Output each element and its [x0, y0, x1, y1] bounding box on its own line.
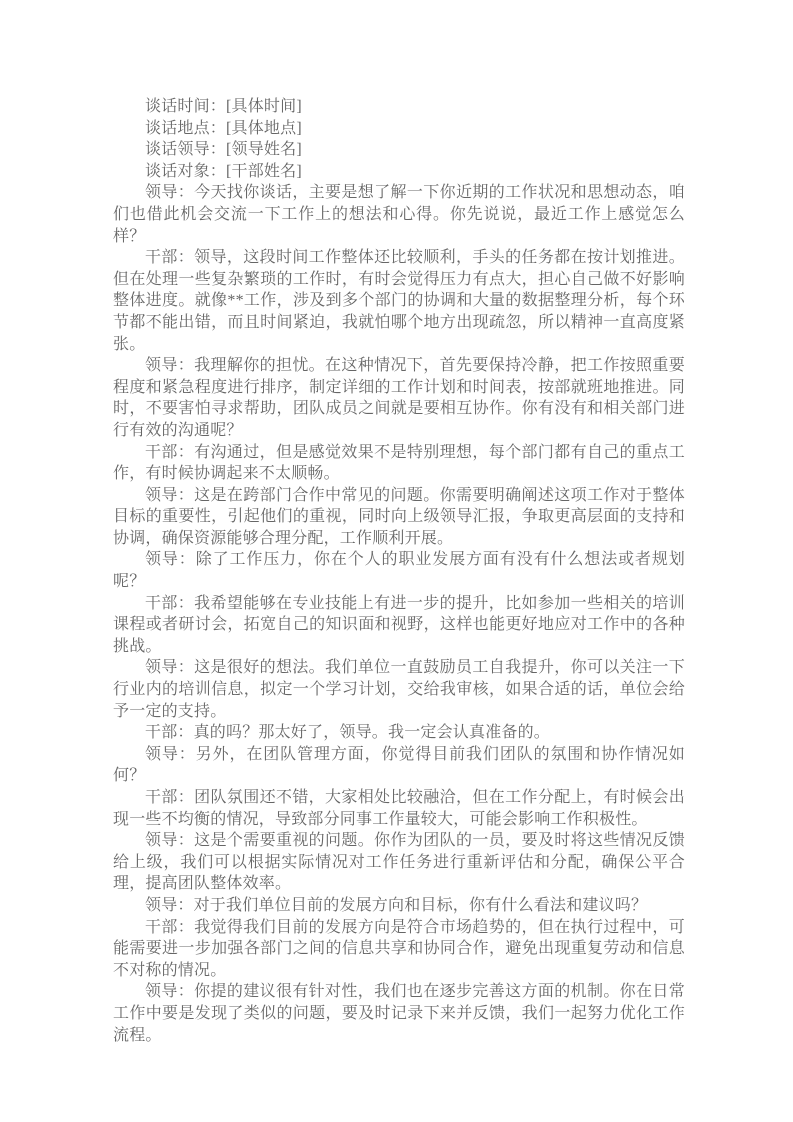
meta-line-time: 谈话时间：[具体时间]	[113, 96, 685, 118]
meta-line-place: 谈话地点：[具体地点]	[113, 118, 685, 140]
dialogue-paragraph: 领导：这是在跨部门合作中常见的问题。你需要明确阐述这项工作对于整体目标的重要性，…	[113, 485, 685, 550]
dialogue-paragraph: 领导：对于我们单位目前的发展方向和目标，你有什么看法和建议吗？	[113, 895, 685, 917]
dialogue-paragraph: 领导：另外，在团队管理方面，你觉得目前我们团队的氛围和协作情况如何？	[113, 744, 685, 787]
dialogue-paragraph: 干部：领导，这段时间工作整体还比较顺利，手头的任务都在按计划推进。但在处理一些复…	[113, 247, 685, 355]
dialogue-paragraph: 干部：我觉得我们目前的发展方向是符合市场趋势的，但在执行过程中，可能需要进一步加…	[113, 917, 685, 982]
dialogue-paragraph: 干部：团队氛围还不错，大家相处比较融洽，但在工作分配上，有时候会出现一些不均衡的…	[113, 787, 685, 830]
meta-line-subject: 谈话对象：[干部姓名]	[113, 161, 685, 183]
meta-line-leader: 谈话领导：[领导姓名]	[113, 139, 685, 161]
dialogue-paragraph: 领导：今天找你谈话，主要是想了解一下你近期的工作状况和思想动态，咱们也借此机会交…	[113, 182, 685, 247]
dialogue-paragraph: 干部：有沟通过，但是感觉效果不是特别理想，每个部门都有自己的重点工作，有时候协调…	[113, 442, 685, 485]
dialogue-paragraph: 干部：我希望能够在专业技能上有进一步的提升，比如参加一些相关的培训课程或者研讨会…	[113, 593, 685, 658]
document-page: 谈话时间：[具体时间] 谈话地点：[具体地点] 谈话领导：[领导姓名] 谈话对象…	[113, 96, 685, 1046]
dialogue-paragraph: 干部：真的吗？那太好了，领导。我一定会认真准备的。	[113, 722, 685, 744]
dialogue-paragraph: 领导：你提的建议很有针对性，我们也在逐步完善这方面的机制。你在日常工作中要是发现…	[113, 981, 685, 1046]
dialogue-paragraph: 领导：除了工作压力，你在个人的职业发展方面有没有什么想法或者规划呢？	[113, 549, 685, 592]
dialogue-paragraph: 领导：这是个需要重视的问题。你作为团队的一员，要及时将这些情况反馈给上级，我们可…	[113, 830, 685, 895]
dialogue-paragraph: 领导：这是很好的想法。我们单位一直鼓励员工自我提升，你可以关注一下行业内的培训信…	[113, 657, 685, 722]
dialogue-paragraph: 领导：我理解你的担忧。在这种情况下，首先要保持冷静，把工作按照重要程度和紧急程度…	[113, 355, 685, 441]
